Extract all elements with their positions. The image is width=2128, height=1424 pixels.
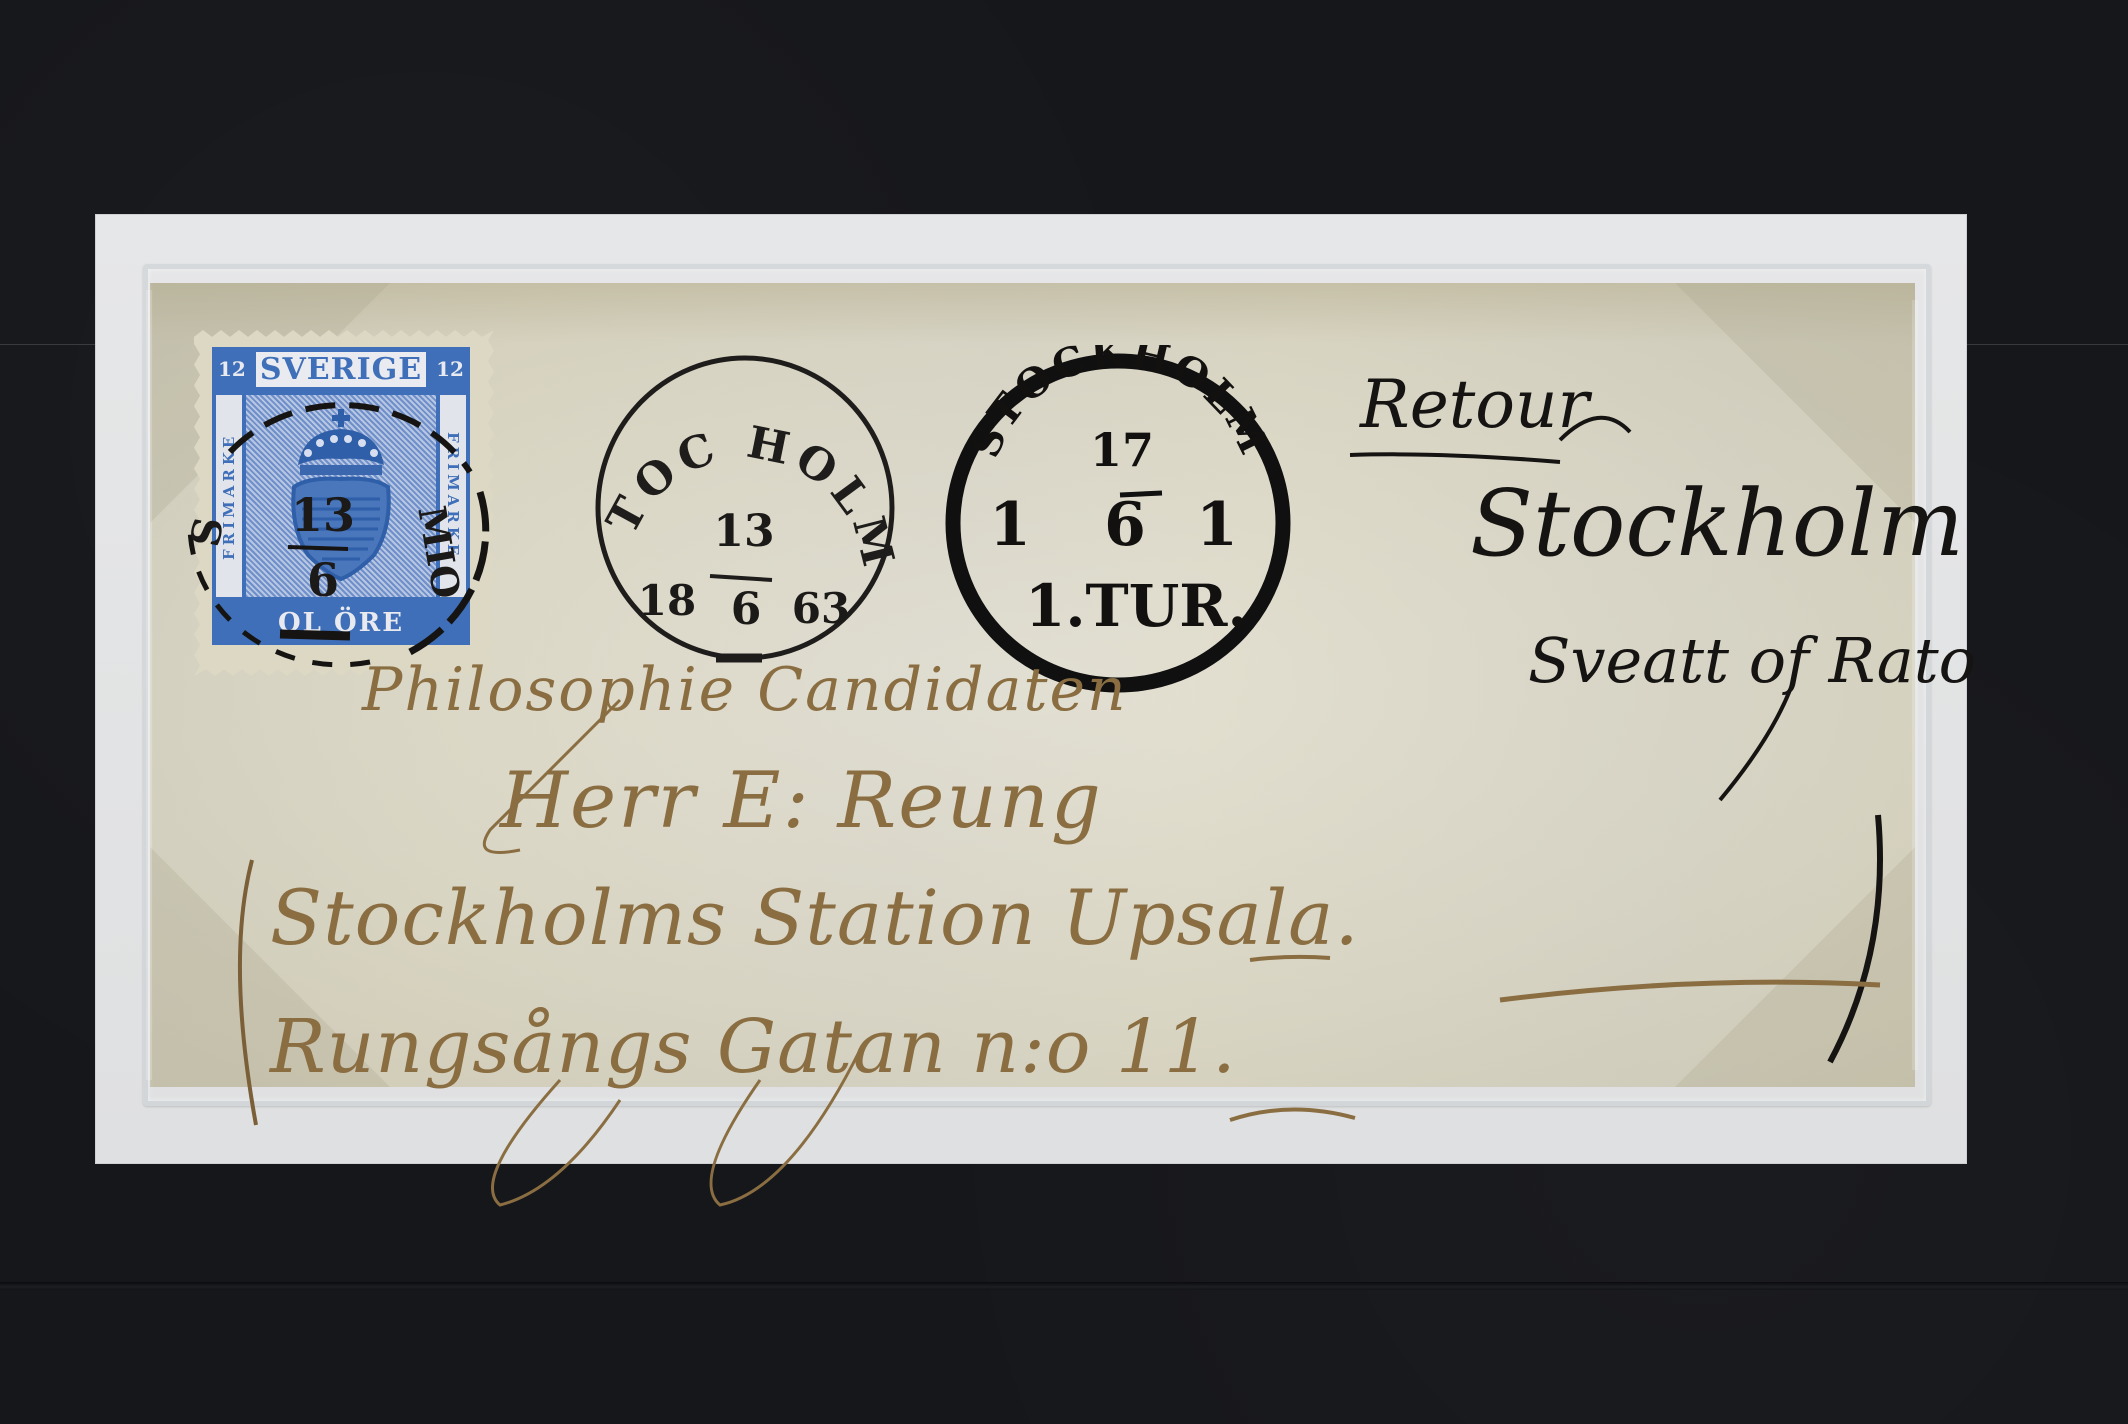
postmark-stockholm-1863: STOC HOLM 13 6 18 63 xyxy=(590,350,900,665)
postmark-tur: 1.TUR. xyxy=(1025,577,1215,635)
postmark-fragment: MIO xyxy=(412,503,462,579)
postmark-day: 13 xyxy=(712,510,776,554)
postmark-month: 6 xyxy=(1095,495,1155,555)
postmark-letter-s: S xyxy=(185,509,231,555)
handwriting-address-line2: Herr E: Reung xyxy=(500,762,1103,840)
postmark-day: 17 xyxy=(1090,427,1150,473)
handwriting-address-line4: Rungsångs Gatan n:o 11. xyxy=(270,1010,1237,1084)
postmark-year-right: 63 xyxy=(786,588,856,630)
handwriting-retour: Retour xyxy=(1360,372,1589,438)
postmark-year-left: 18 xyxy=(632,580,702,622)
postmark-month: 6 xyxy=(714,588,778,632)
postmark-on-stamp: 13 6 S MIO xyxy=(170,372,500,672)
postmark-day: 13 xyxy=(288,492,358,538)
sleeve-glare-left xyxy=(146,290,152,1080)
postmark-month: 6 xyxy=(288,557,358,603)
handwriting-address-line3: Stockholms Station Upsala. xyxy=(270,880,1360,956)
handwriting-address-line1: Philosophie Candidaten xyxy=(362,660,1128,720)
handwriting-stockholm: Stockholm xyxy=(1470,478,1964,570)
handwriting-sveatt-of-rato: Sveatt of Rato xyxy=(1528,630,1976,692)
postmark-right-number: 1 xyxy=(1192,495,1242,555)
postmark-left-number: 1 xyxy=(985,495,1035,555)
album-page-edge xyxy=(0,1282,2128,1290)
postmark-stockholm-tur: STOCKHOLM 17 1 6 1 1.TUR. xyxy=(930,345,1305,705)
